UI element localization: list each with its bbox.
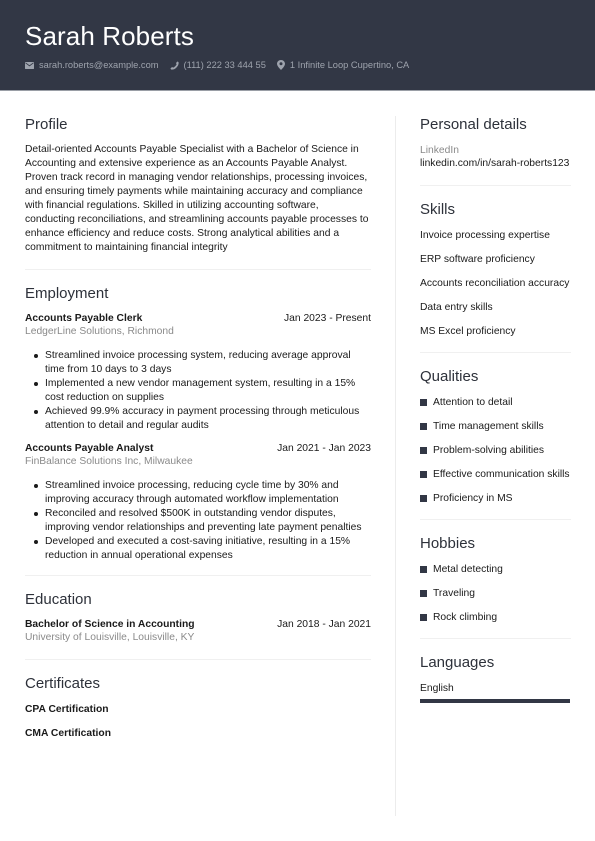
hobby-item: Rock climbing	[420, 611, 571, 624]
quality-text: Effective communication skills	[433, 468, 570, 481]
main-column: Profile Detail-oriented Accounts Payable…	[25, 116, 371, 751]
job-date: Jan 2021 - Jan 2023	[277, 442, 371, 455]
achievement-item: Streamlined invoice processing system, r…	[33, 349, 371, 377]
job-title: Accounts Payable Clerk	[25, 312, 142, 325]
hobbies-heading: Hobbies	[420, 535, 571, 553]
quality-item: Time management skills	[420, 420, 571, 433]
job-achievements: Streamlined invoice processing, reducing…	[33, 479, 371, 563]
section-divider	[25, 575, 371, 576]
section-divider	[420, 352, 571, 353]
skill-item: Accounts reconciliation accuracy	[420, 277, 571, 290]
hobby-item: Metal detecting	[420, 563, 571, 576]
square-bullet-icon	[420, 590, 427, 597]
phone-icon	[170, 61, 179, 70]
section-divider	[25, 269, 371, 270]
section-divider	[420, 185, 571, 186]
quality-text: Problem-solving abilities	[433, 444, 544, 457]
square-bullet-icon	[420, 471, 427, 478]
contact-phone[interactable]: (111) 222 33 444 55	[170, 60, 266, 70]
education-entry: Bachelor of Science in Accounting Jan 20…	[25, 618, 371, 631]
quality-item: Effective communication skills	[420, 468, 571, 481]
square-bullet-icon	[420, 495, 427, 502]
linkedin-link[interactable]: linkedin.com/in/sarah-roberts123	[420, 157, 571, 171]
degree: Bachelor of Science in Accounting	[25, 618, 195, 631]
contact-address: 1 Infinite Loop Cupertino, CA	[277, 60, 409, 70]
hobbies-section: Hobbies Metal detecting Traveling Rock c…	[420, 535, 571, 624]
hobby-text: Traveling	[433, 587, 475, 600]
square-bullet-icon	[420, 399, 427, 406]
profile-heading: Profile	[25, 116, 371, 134]
education-heading: Education	[25, 591, 371, 609]
skills-heading: Skills	[420, 201, 571, 219]
language-level-fill	[420, 699, 570, 703]
achievement-item: Reconciled and resolved $500K in outstan…	[33, 507, 371, 535]
square-bullet-icon	[420, 423, 427, 430]
skill-item: Data entry skills	[420, 301, 571, 314]
section-divider	[420, 519, 571, 520]
email-text: sarah.roberts@example.com	[39, 60, 159, 70]
job-company: LedgerLine Solutions, Richmond	[25, 325, 371, 339]
personal-details-section: Personal details LinkedIn linkedin.com/i…	[420, 116, 571, 171]
hobby-item: Traveling	[420, 587, 571, 600]
candidate-name: Sarah Roberts	[25, 21, 194, 52]
certificates-heading: Certificates	[25, 675, 371, 693]
job-entry: Accounts Payable Clerk Jan 2023 - Presen…	[25, 312, 371, 433]
skills-section: Skills Invoice processing expertise ERP …	[420, 201, 571, 338]
map-pin-icon	[277, 60, 285, 70]
section-divider	[420, 638, 571, 639]
contact-bar: sarah.roberts@example.com (111) 222 33 4…	[25, 60, 420, 70]
language-name: English	[420, 682, 571, 695]
square-bullet-icon	[420, 614, 427, 621]
certificate-item: CPA Certification	[25, 703, 371, 716]
sidebar-column: Personal details LinkedIn linkedin.com/i…	[420, 116, 571, 703]
column-divider	[395, 116, 396, 816]
certificate-item: CMA Certification	[25, 727, 371, 740]
quality-item: Proficiency in MS	[420, 492, 571, 505]
school: University of Louisville, Louisville, KY	[25, 631, 371, 645]
quality-item: Problem-solving abilities	[420, 444, 571, 457]
job-entry: Accounts Payable Analyst Jan 2021 - Jan …	[25, 442, 371, 563]
hobby-text: Rock climbing	[433, 611, 497, 624]
achievement-item: Implemented a new vendor management syst…	[33, 377, 371, 405]
resume-header: Sarah Roberts sarah.roberts@example.com …	[0, 0, 595, 91]
profile-summary: Detail-oriented Accounts Payable Special…	[25, 143, 371, 255]
profile-section: Profile Detail-oriented Accounts Payable…	[25, 116, 371, 255]
hobby-text: Metal detecting	[433, 563, 503, 576]
quality-text: Proficiency in MS	[433, 492, 513, 505]
linkedin-label: LinkedIn	[420, 144, 571, 157]
square-bullet-icon	[420, 566, 427, 573]
qualities-heading: Qualities	[420, 368, 571, 386]
quality-item: Attention to detail	[420, 396, 571, 409]
job-company: FinBalance Solutions Inc, Milwaukee	[25, 455, 371, 469]
contact-email[interactable]: sarah.roberts@example.com	[25, 60, 159, 70]
skill-item: MS Excel proficiency	[420, 325, 571, 338]
languages-heading: Languages	[420, 654, 571, 672]
achievement-item: Achieved 99.9% accuracy in payment proce…	[33, 405, 371, 433]
square-bullet-icon	[420, 447, 427, 454]
skill-item: ERP software proficiency	[420, 253, 571, 266]
languages-section: Languages English	[420, 654, 571, 703]
quality-text: Time management skills	[433, 420, 544, 433]
achievement-item: Developed and executed a cost-saving ini…	[33, 535, 371, 563]
education-section: Education Bachelor of Science in Account…	[25, 591, 371, 645]
phone-text: (111) 222 33 444 55	[184, 60, 266, 70]
qualities-section: Qualities Attention to detail Time manag…	[420, 368, 571, 505]
achievement-item: Streamlined invoice processing, reducing…	[33, 479, 371, 507]
job-date: Jan 2023 - Present	[284, 312, 371, 325]
address-text: 1 Infinite Loop Cupertino, CA	[290, 60, 409, 70]
section-divider	[25, 659, 371, 660]
quality-text: Attention to detail	[433, 396, 513, 409]
personal-details-heading: Personal details	[420, 116, 571, 134]
skill-item: Invoice processing expertise	[420, 229, 571, 242]
envelope-icon	[25, 62, 34, 69]
job-achievements: Streamlined invoice processing system, r…	[33, 349, 371, 433]
certificates-section: Certificates CPA Certification CMA Certi…	[25, 675, 371, 740]
job-title: Accounts Payable Analyst	[25, 442, 153, 455]
employment-heading: Employment	[25, 285, 371, 303]
employment-section: Employment Accounts Payable Clerk Jan 20…	[25, 285, 371, 563]
language-level-bar	[420, 699, 570, 703]
education-date: Jan 2018 - Jan 2021	[277, 618, 371, 631]
